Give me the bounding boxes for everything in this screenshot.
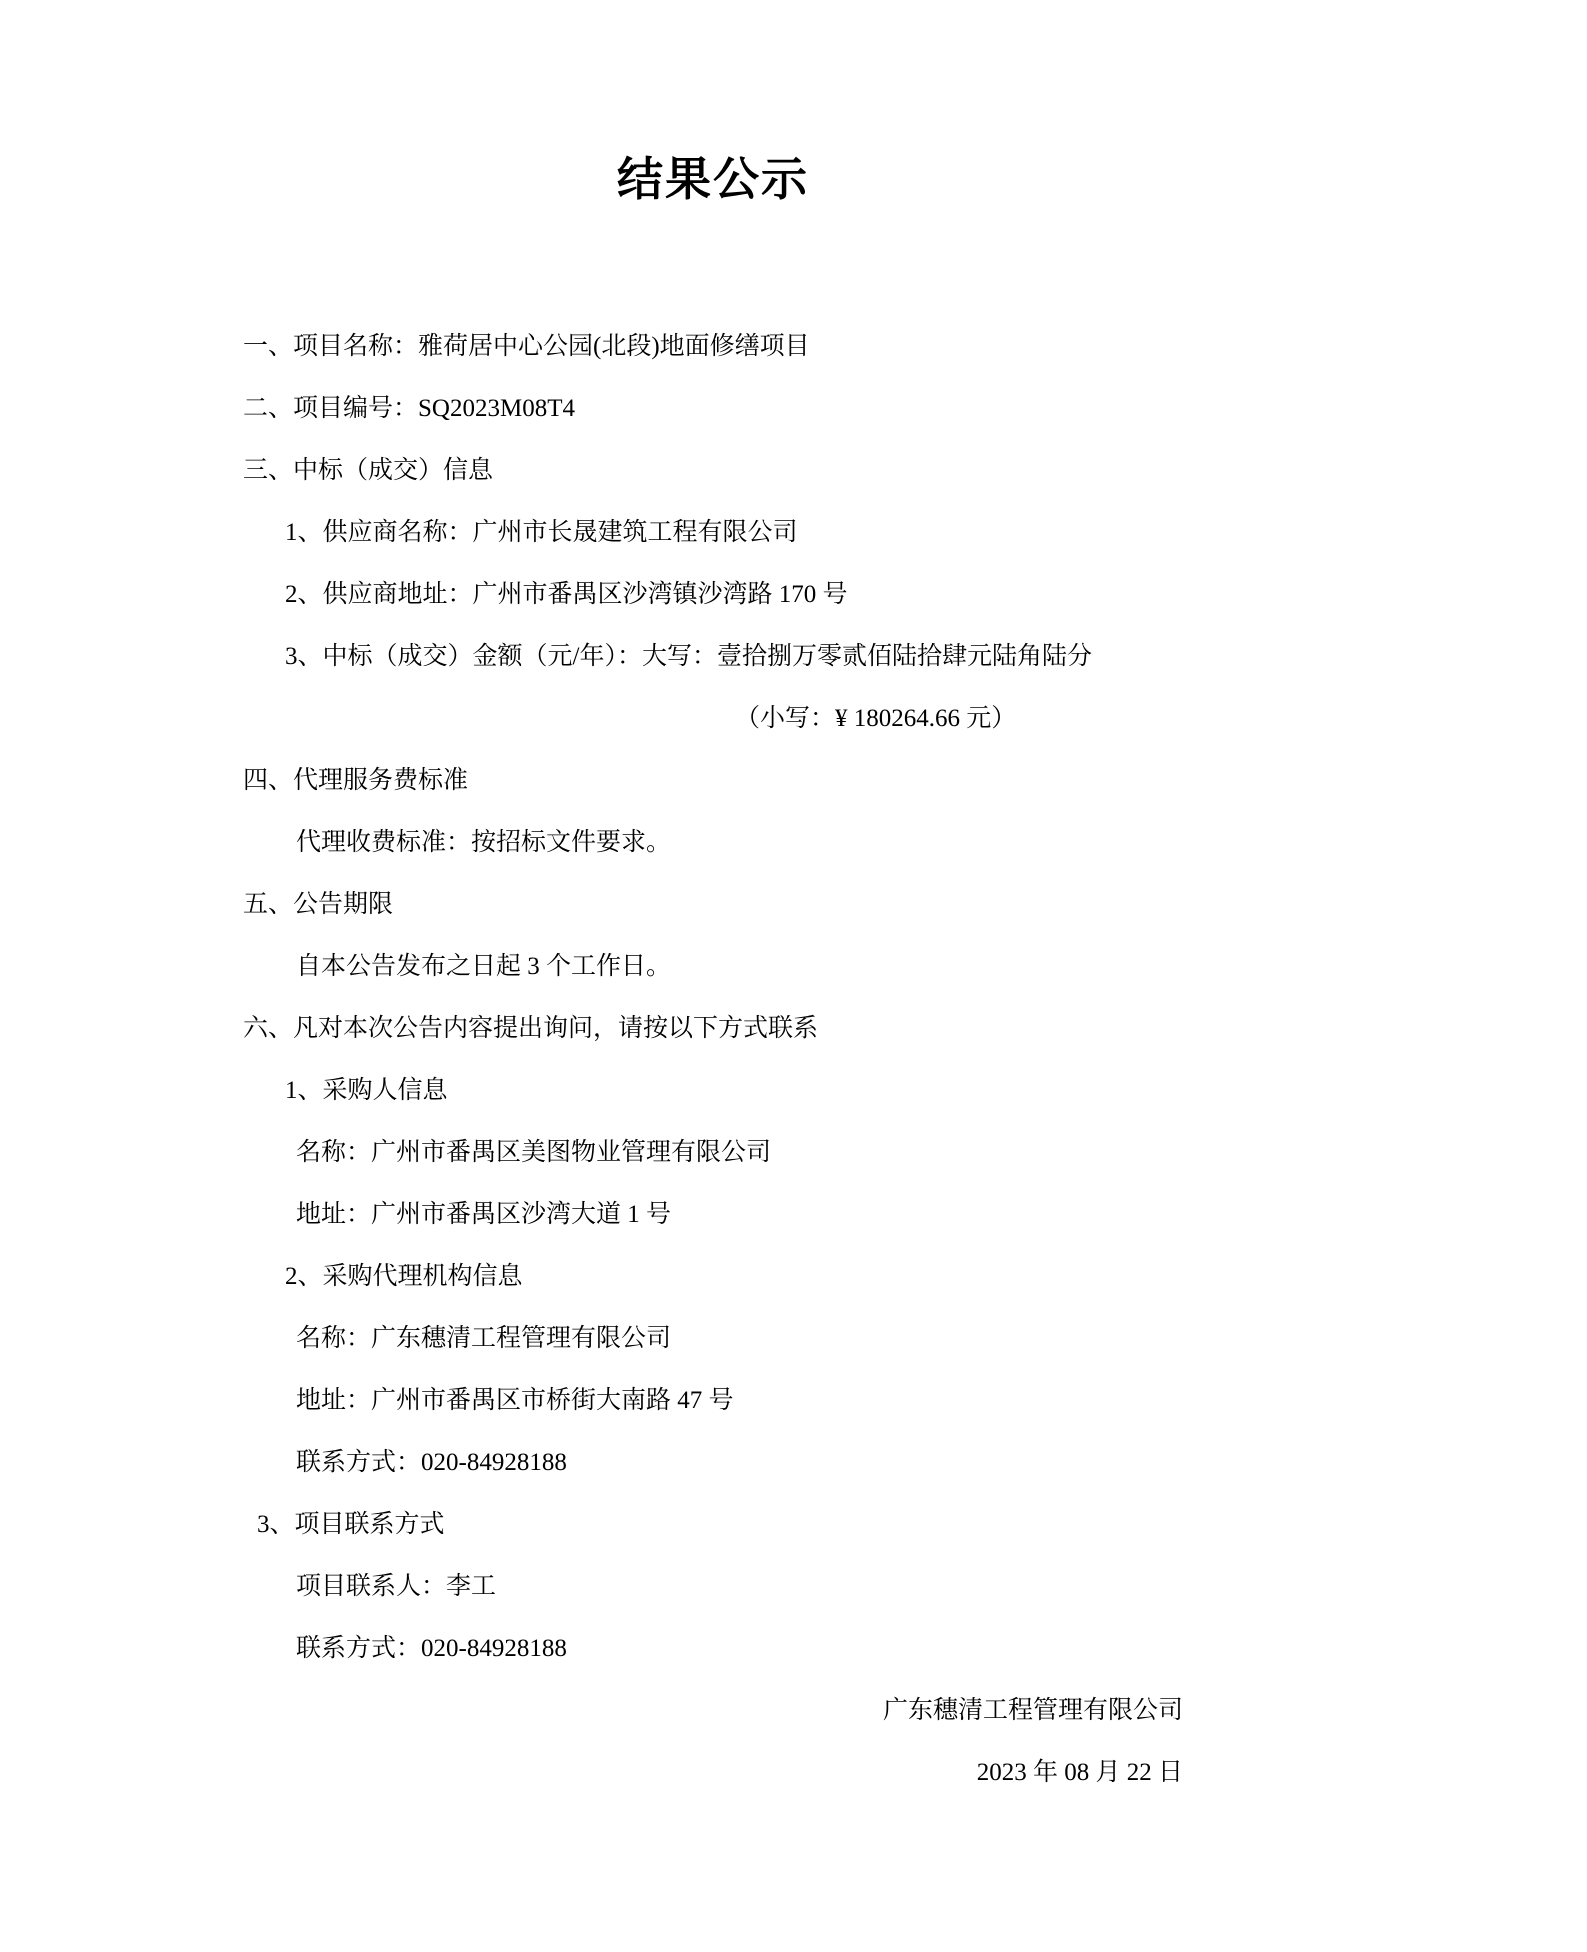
award-amount-words-line: 3、中标（成交）金额（元/年）：大写：壹拾捌万零贰佰陆拾肆元陆角陆分 xyxy=(243,626,1183,688)
purchaser-address-line: 地址：广州市番禺区沙湾大道 1 号 xyxy=(243,1184,1183,1246)
project-contact-heading: 3、项目联系方式 xyxy=(243,1494,1183,1556)
signature-date: 2023 年 08 月 22 日 xyxy=(243,1742,1183,1804)
award-info-heading: 三、中标（成交）信息 xyxy=(243,440,1183,502)
project-number-line: 二、项目编号：SQ2023M08T4 xyxy=(243,378,1183,440)
agency-info-heading: 2、采购代理机构信息 xyxy=(243,1246,1183,1308)
document-page: 结果公示 一、项目名称：雅荷居中心公园(北段)地面修缮项目 二、项目编号：SQ2… xyxy=(0,0,1587,1952)
document-body: 一、项目名称：雅荷居中心公园(北段)地面修缮项目 二、项目编号：SQ2023M0… xyxy=(243,316,1183,1804)
project-name-line: 一、项目名称：雅荷居中心公园(北段)地面修缮项目 xyxy=(243,316,1183,378)
supplier-address-line: 2、供应商地址：广州市番禺区沙湾镇沙湾路 170 号 xyxy=(243,564,1183,626)
announcement-period-detail-line: 自本公告发布之日起 3 个工作日。 xyxy=(243,936,1183,998)
award-amount-figures-line: （小写：¥ 180264.66 元） xyxy=(243,688,1183,750)
project-contact-phone-line: 联系方式：020-84928188 xyxy=(243,1618,1183,1680)
agency-phone-line: 联系方式：020-84928188 xyxy=(243,1432,1183,1494)
project-contact-person-line: 项目联系人：李工 xyxy=(243,1556,1183,1618)
purchaser-info-heading: 1、采购人信息 xyxy=(243,1060,1183,1122)
agency-name-line: 名称：广东穗清工程管理有限公司 xyxy=(243,1308,1183,1370)
signature-company: 广东穗清工程管理有限公司 xyxy=(243,1680,1183,1742)
supplier-name-line: 1、供应商名称：广州市长晟建筑工程有限公司 xyxy=(243,502,1183,564)
announcement-period-heading: 五、公告期限 xyxy=(243,874,1183,936)
agency-fee-detail-line: 代理收费标准：按招标文件要求。 xyxy=(243,812,1183,874)
page-title: 结果公示 xyxy=(243,140,1183,220)
agency-fee-heading: 四、代理服务费标准 xyxy=(243,750,1183,812)
document-content: 结果公示 一、项目名称：雅荷居中心公园(北段)地面修缮项目 二、项目编号：SQ2… xyxy=(243,0,1183,1804)
purchaser-name-line: 名称：广州市番禺区美图物业管理有限公司 xyxy=(243,1122,1183,1184)
agency-address-line: 地址：广州市番禺区市桥街大南路 47 号 xyxy=(243,1370,1183,1432)
contact-section-heading: 六、凡对本次公告内容提出询问，请按以下方式联系 xyxy=(243,998,1183,1060)
